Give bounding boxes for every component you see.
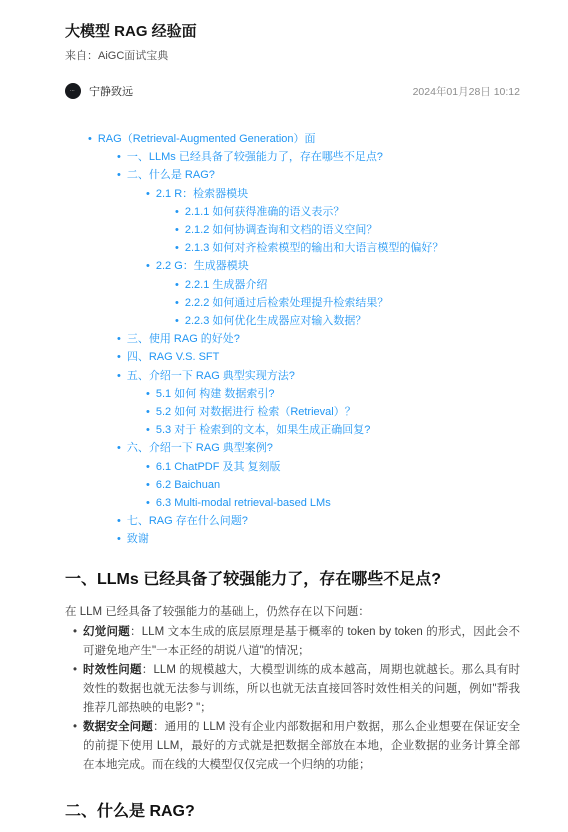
section-one-heading: 一、LLMs 已经具备了较强能力了，存在哪些不足点? [65, 569, 520, 590]
bullet-text: ：LLM 文本生成的底层原理是基于概率的 token by token 的形式，… [83, 626, 520, 657]
toc-item[interactable]: 5.3 对于 检索到的文本，如果生成正确回复? [65, 421, 520, 439]
bullet-text: ：LLM 的规模越大，大模型训练的成本越高，周期也就越长。那么具有时效性的数据也… [83, 664, 520, 714]
bullet-item: 幻觉问题：LLM 文本生成的底层原理是基于概率的 token by token … [73, 623, 520, 661]
toc-item[interactable]: 致谢 [65, 530, 520, 548]
toc-item[interactable]: 二、什么是 RAG? [65, 166, 520, 184]
toc-item[interactable]: 六、介绍一下 RAG 典型案例? [65, 439, 520, 457]
toc-item[interactable]: 6.1 ChatPDF 及其 复刻版 [65, 458, 520, 476]
page-title: 大模型 RAG 经验面 [65, 22, 520, 41]
bullet-lead: 时效性问题 [83, 664, 142, 676]
toc-list: RAG（Retrieval-Augmented Generation）面 一、L… [65, 130, 520, 549]
author-avatar: ⋯ [65, 83, 81, 99]
toc-item[interactable]: 2.1.1 如何获得准确的语义表示？ [65, 203, 520, 221]
author-row: ⋯ 宁静致远 2024年01月28日 10:12 [65, 82, 520, 100]
bullet-lead: 数据安全问题 [83, 721, 153, 733]
toc-item[interactable]: 6.2 Baichuan [65, 476, 520, 494]
bullet-item: 时效性问题：LLM 的规模越大，大模型训练的成本越高，周期也就越长。那么具有时效… [73, 661, 520, 718]
bullet-lead: 幻觉问题 [83, 626, 130, 638]
source-label: 来自： [65, 50, 98, 62]
toc-item[interactable]: 6.3 Multi-modal retrieval-based LMs [65, 494, 520, 512]
toc-item[interactable]: 5.2 如何 对数据进行 检索（Retrieval）？ [65, 403, 520, 421]
author-name: 宁静致远 [89, 83, 133, 99]
toc-item[interactable]: RAG（Retrieval-Augmented Generation）面 [65, 130, 520, 148]
post-date: 2024年01月28日 10:12 [413, 84, 520, 99]
toc-item[interactable]: 五、介绍一下 RAG 典型实现方法? [65, 367, 520, 385]
toc-item[interactable]: 三、使用 RAG 的好处? [65, 330, 520, 348]
toc-item[interactable]: 七、RAG 存在什么问题? [65, 512, 520, 530]
section-one-bullets: 幻觉问题：LLM 文本生成的底层原理是基于概率的 token by token … [65, 623, 520, 775]
toc-item[interactable]: 四、RAG V.S. SFT [65, 348, 520, 366]
avatar-glyph: ⋯ [70, 89, 76, 94]
toc-item[interactable]: 2.2.3 如何优化生成器应对输入数据？ [65, 312, 520, 330]
toc-item[interactable]: 2.2.1 生成器介绍 [65, 276, 520, 294]
toc-item[interactable]: 5.1 如何 构建 数据索引? [65, 385, 520, 403]
toc-item[interactable]: 2.2 G：生成器模块 [65, 257, 520, 275]
toc-item[interactable]: 2.2.2 如何通过后检索处理提升检索结果？ [65, 294, 520, 312]
toc-item[interactable]: 2.1.3 如何对齐检索模型的输出和大语言模型的偏好？ [65, 239, 520, 257]
toc-item[interactable]: 一、LLMs 已经具备了较强能力了，存在哪些不足点? [65, 148, 520, 166]
toc-item[interactable]: 2.1.2 如何协调查询和文档的语义空间？ [65, 221, 520, 239]
toc-item[interactable]: 2.1 R：检索器模块 [65, 185, 520, 203]
document-page: 大模型 RAG 经验面 来自：AiGC面试宝典 ⋯ 宁静致远 2024年01月2… [0, 0, 568, 832]
source-line: 来自：AiGC面试宝典 [65, 49, 520, 63]
bullet-item: 数据安全问题：通用的 LLM 没有企业内部数据和用户数据，那么企业想要在保证安全… [73, 718, 520, 775]
section-one-intro: 在 LLM 已经具备了较强能力的基础上，仍然存在以下问题： [65, 603, 520, 622]
section-two-heading: 二、什么是 RAG? [65, 801, 520, 822]
source-value: AiGC面试宝典 [98, 50, 168, 62]
